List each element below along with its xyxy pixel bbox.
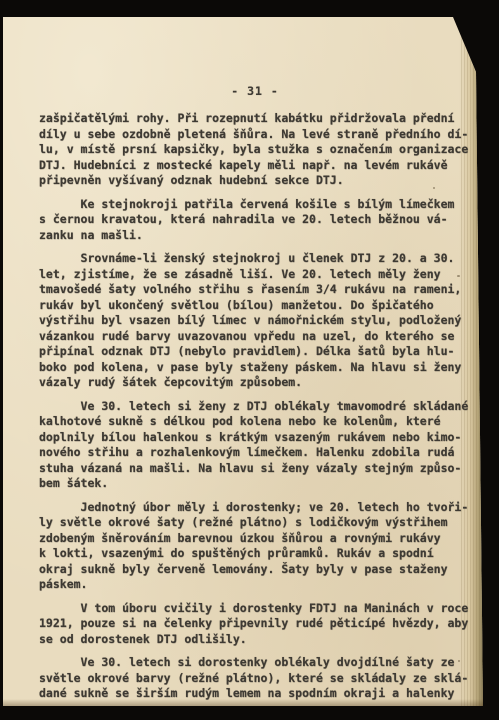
paragraph: Ve 30. letech si ženy z DTJ oblékaly tma…	[39, 399, 471, 492]
paragraph: Ke stejnokroji patřila červená košile s …	[39, 197, 471, 244]
page-number: - 31 -	[39, 84, 471, 98]
scan-background: - 31 - zašpičatělými rohy. Při rozepnutí…	[0, 0, 499, 720]
paragraph: Ve 30. letech si dorostenky oblékaly dvo…	[39, 655, 471, 702]
document-body: zašpičatělými rohy. Při rozepnutí kabátk…	[39, 111, 471, 710]
page-bottom-shadow	[3, 699, 483, 706]
document-page: - 31 - zašpičatělými rohy. Při rozepnutí…	[3, 17, 483, 706]
paragraph: zašpičatělými rohy. Při rozepnutí kabátk…	[39, 111, 471, 189]
paragraph: V tom úboru cvičily i dorostenky FDTJ na…	[39, 601, 471, 648]
paragraph: Srovnáme-li ženský stejnokroj u členek D…	[39, 251, 471, 391]
paragraph: Jednotný úbor měly i dorostenky; ve 20. …	[39, 500, 471, 593]
